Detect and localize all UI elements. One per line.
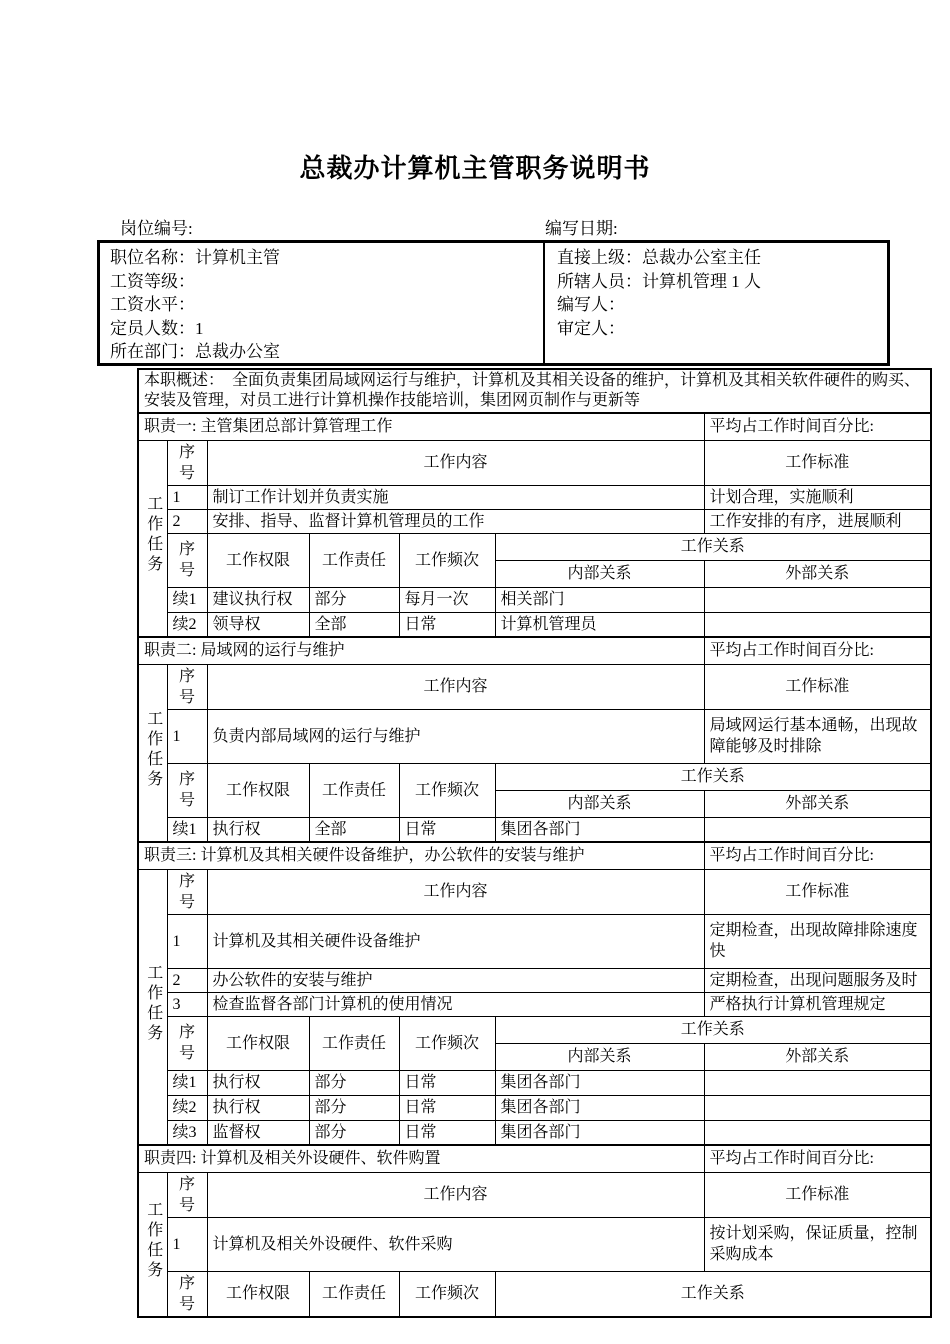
sec3-relation-row-2: 续2 执行权 部分 日常 集团各部门	[138, 1095, 931, 1120]
duty4-percent-label: 平均占工作时间百分比:	[704, 1145, 931, 1172]
seq-header: 序号	[167, 664, 207, 709]
content-cell: 检查监督各部门计算机的使用情况	[207, 992, 704, 1016]
write-date-label: 编写日期:	[545, 214, 618, 239]
seq-header: 序号	[167, 440, 207, 485]
sec4-content-row-1: 1 计算机及相关外设硬件、软件采购 按计划采购，保证质量，控制采购成本	[138, 1217, 931, 1271]
standard-header: 工作标准	[704, 664, 931, 709]
seq-cell: 2	[167, 968, 207, 992]
internal-relation-cell: 集团各部门	[495, 1120, 704, 1145]
headcount-line: 定员人数：1	[110, 317, 533, 341]
relation-header: 工作关系	[495, 1016, 931, 1043]
sec1-content-row-1: 1 制订工作计划并负责实施 计划合理，实施顺利	[138, 485, 931, 509]
external-relation-cell	[704, 1120, 931, 1145]
meta-row: 岗位编号: 编写日期:	[0, 214, 950, 238]
seq-header: 序号	[167, 1172, 207, 1217]
sec1-task-vertical-label: 工作任务	[138, 440, 167, 637]
responsibility-header: 工作责任	[309, 1271, 399, 1317]
frequency-header: 工作频次	[399, 1271, 495, 1317]
sec1-relation-row-1: 续1 建议执行权 部分 每月一次 相关部门	[138, 587, 931, 612]
post-code-label: 岗位编号:	[120, 214, 193, 239]
frequency-header: 工作频次	[399, 1016, 495, 1070]
frequency-cell: 日常	[399, 1070, 495, 1095]
task-label-text: 工作任务	[145, 1201, 161, 1281]
seq-cell: 续2	[167, 612, 207, 637]
external-relation-header: 外部关系	[704, 790, 931, 817]
responsibility-cell: 全部	[309, 817, 399, 842]
authority-cell: 执行权	[207, 817, 309, 842]
content-header: 工作内容	[207, 1172, 704, 1217]
sec3-content-row-3: 3 检查监督各部门计算机的使用情况 严格执行计算机管理规定	[138, 992, 931, 1016]
internal-relation-cell: 集团各部门	[495, 1070, 704, 1095]
content-cell: 制订工作计划并负责实施	[207, 485, 704, 509]
overview-cell: 本职概述： 全面负责集团局域网运行与维护，计算机及其相关设备的维护，计算机及其相…	[138, 369, 931, 413]
external-relation-header: 外部关系	[704, 560, 931, 587]
duty3-percent-label: 平均占工作时间百分比:	[704, 842, 931, 869]
standard-header: 工作标准	[704, 440, 931, 485]
duty4-title: 职责四: 计算机及相关外设硬件、软件购置	[138, 1145, 704, 1172]
overview-row: 本职概述： 全面负责集团局域网运行与维护，计算机及其相关设备的维护，计算机及其相…	[138, 369, 931, 413]
frequency-cell: 日常	[399, 1120, 495, 1145]
info-box-right: 直接上级：总裁办公室主任 所辖人员：计算机管理 1 人 编写人： 审定人：	[545, 243, 887, 363]
sec2-relation-header-top: 序号 工作权限 工作责任 工作频次 工作关系	[138, 763, 931, 790]
duty1-percent-label: 平均占工作时间百分比:	[704, 413, 931, 440]
seq-header: 序号	[167, 533, 207, 587]
standard-cell: 严格执行计算机管理规定	[704, 992, 931, 1016]
sec4-relation-header: 序号 工作权限 工作责任 工作频次 工作关系	[138, 1271, 931, 1317]
internal-relation-header: 内部关系	[495, 1043, 704, 1070]
frequency-header: 工作频次	[399, 763, 495, 817]
sec1-relation-row-2: 续2 领导权 全部 日常 计算机管理员	[138, 612, 931, 637]
sec3-relation-row-1: 续1 执行权 部分 日常 集团各部门	[138, 1070, 931, 1095]
authority-header: 工作权限	[207, 1016, 309, 1070]
standard-cell: 工作安排的有序，进展顺利	[704, 509, 931, 533]
authority-header: 工作权限	[207, 1271, 309, 1317]
relation-header: 工作关系	[495, 763, 931, 790]
sec3-relation-row-3: 续3 监督权 部分 日常 集团各部门	[138, 1120, 931, 1145]
subordinates-line: 所辖人员：计算机管理 1 人	[557, 270, 877, 294]
seq-cell: 2	[167, 509, 207, 533]
department-line: 所在部门：总裁办公室	[110, 340, 533, 364]
salary-level-line: 工资水平：	[110, 293, 533, 317]
standard-header: 工作标准	[704, 869, 931, 914]
internal-relation-cell: 计算机管理员	[495, 612, 704, 637]
sec3-content-row-2: 2 办公软件的安装与维护 定期检查，出现问题服务及时	[138, 968, 931, 992]
relation-header: 工作关系	[495, 1271, 931, 1317]
sec2-relation-row-1: 续1 执行权 全部 日常 集团各部门	[138, 817, 931, 842]
duty4-row: 职责四: 计算机及相关外设硬件、软件购置 平均占工作时间百分比:	[138, 1145, 931, 1172]
sec4-content-header: 工作任务 序号 工作内容 工作标准	[138, 1172, 931, 1217]
salary-grade-line: 工资等级：	[110, 270, 533, 294]
frequency-cell: 每月一次	[399, 587, 495, 612]
seq-cell: 1	[167, 914, 207, 968]
frequency-cell: 日常	[399, 612, 495, 637]
sec1-content-row-2: 2 安排、指导、监督计算机管理员的工作 工作安排的有序，进展顺利	[138, 509, 931, 533]
standard-header: 工作标准	[704, 1172, 931, 1217]
content-header: 工作内容	[207, 869, 704, 914]
author-line: 编写人：	[557, 293, 877, 317]
standard-cell: 按计划采购，保证质量，控制采购成本	[704, 1217, 931, 1271]
internal-relation-header: 内部关系	[495, 790, 704, 817]
seq-cell: 续2	[167, 1095, 207, 1120]
sec4-task-vertical-label: 工作任务	[138, 1172, 167, 1317]
sec1-relation-header-top: 序号 工作权限 工作责任 工作频次 工作关系	[138, 533, 931, 560]
frequency-cell: 日常	[399, 1095, 495, 1120]
seq-cell: 续1	[167, 1070, 207, 1095]
content-cell: 计算机及相关外设硬件、软件采购	[207, 1217, 704, 1271]
sec1-content-header: 工作任务 序号 工作内容 工作标准	[138, 440, 931, 485]
responsibility-cell: 部分	[309, 1120, 399, 1145]
content-header: 工作内容	[207, 440, 704, 485]
duty2-percent-label: 平均占工作时间百分比:	[704, 637, 931, 664]
responsibility-header: 工作责任	[309, 763, 399, 817]
external-relation-cell	[704, 587, 931, 612]
sec2-task-vertical-label: 工作任务	[138, 664, 167, 842]
internal-relation-cell: 集团各部门	[495, 1095, 704, 1120]
duty2-title: 职责二: 局域网的运行与维护	[138, 637, 704, 664]
duty2-row: 职责二: 局域网的运行与维护 平均占工作时间百分比:	[138, 637, 931, 664]
standard-cell: 定期检查，出现问题服务及时	[704, 968, 931, 992]
info-box-left: 职位名称：计算机主管 工资等级： 工资水平： 定员人数：1 所在部门：总裁办公室	[100, 243, 545, 363]
responsibility-cell: 部分	[309, 1070, 399, 1095]
external-relation-cell	[704, 817, 931, 842]
internal-relation-header: 内部关系	[495, 560, 704, 587]
authority-cell: 执行权	[207, 1095, 309, 1120]
authority-cell: 执行权	[207, 1070, 309, 1095]
external-relation-cell	[704, 1070, 931, 1095]
sec3-relation-header-top: 序号 工作权限 工作责任 工作频次 工作关系	[138, 1016, 931, 1043]
content-cell: 计算机及其相关硬件设备维护	[207, 914, 704, 968]
authority-header: 工作权限	[207, 763, 309, 817]
content-cell: 安排、指导、监督计算机管理员的工作	[207, 509, 704, 533]
direct-superior-line: 直接上级：总裁办公室主任	[557, 246, 877, 270]
internal-relation-cell: 相关部门	[495, 587, 704, 612]
seq-cell: 续1	[167, 587, 207, 612]
responsibility-header: 工作责任	[309, 1016, 399, 1070]
sec2-content-header: 工作任务 序号 工作内容 工作标准	[138, 664, 931, 709]
page-title: 总裁办计算机主管职务说明书	[0, 148, 950, 185]
sec2-content-row-1: 1 负责内部局域网的运行与维护 局域网运行基本通畅，出现故障能够及时排除	[138, 709, 931, 763]
standard-cell: 局域网运行基本通畅，出现故障能够及时排除	[704, 709, 931, 763]
duty3-title: 职责三: 计算机及其相关硬件设备维护，办公软件的安装与维护	[138, 842, 704, 869]
responsibility-cell: 部分	[309, 587, 399, 612]
position-name-line: 职位名称：计算机主管	[110, 246, 533, 270]
content-cell: 负责内部局域网的运行与维护	[207, 709, 704, 763]
duty3-row: 职责三: 计算机及其相关硬件设备维护，办公软件的安装与维护 平均占工作时间百分比…	[138, 842, 931, 869]
sec3-content-header: 工作任务 序号 工作内容 工作标准	[138, 869, 931, 914]
job-description-table: 本职概述： 全面负责集团局域网运行与维护，计算机及其相关设备的维护，计算机及其相…	[137, 368, 932, 1318]
authority-cell: 监督权	[207, 1120, 309, 1145]
authority-cell: 领导权	[207, 612, 309, 637]
info-box: 职位名称：计算机主管 工资等级： 工资水平： 定员人数：1 所在部门：总裁办公室…	[97, 240, 890, 366]
reviewer-line: 审定人：	[557, 317, 877, 341]
seq-cell: 3	[167, 992, 207, 1016]
task-label-text: 工作任务	[145, 964, 161, 1044]
frequency-header: 工作频次	[399, 533, 495, 587]
internal-relation-cell: 集团各部门	[495, 817, 704, 842]
seq-header: 序号	[167, 1016, 207, 1070]
relation-header: 工作关系	[495, 533, 931, 560]
external-relation-cell	[704, 612, 931, 637]
seq-cell: 1	[167, 709, 207, 763]
task-label-text: 工作任务	[145, 710, 161, 790]
responsibility-cell: 部分	[309, 1095, 399, 1120]
responsibility-header: 工作责任	[309, 533, 399, 587]
seq-cell: 1	[167, 1217, 207, 1271]
document-page: 总裁办计算机主管职务说明书 岗位编号: 编写日期: 职位名称：计算机主管 工资等…	[0, 0, 950, 1344]
content-cell: 办公软件的安装与维护	[207, 968, 704, 992]
external-relation-header: 外部关系	[704, 1043, 931, 1070]
sec3-task-vertical-label: 工作任务	[138, 869, 167, 1145]
seq-header: 序号	[167, 763, 207, 817]
sec3-content-row-1: 1 计算机及其相关硬件设备维护 定期检查，出现故障排除速度快	[138, 914, 931, 968]
seq-header: 序号	[167, 869, 207, 914]
seq-cell: 1	[167, 485, 207, 509]
seq-header: 序号	[167, 1271, 207, 1317]
seq-cell: 续3	[167, 1120, 207, 1145]
standard-cell: 定期检查，出现故障排除速度快	[704, 914, 931, 968]
standard-cell: 计划合理，实施顺利	[704, 485, 931, 509]
authority-header: 工作权限	[207, 533, 309, 587]
authority-cell: 建议执行权	[207, 587, 309, 612]
task-label-text: 工作任务	[145, 495, 161, 575]
content-header: 工作内容	[207, 664, 704, 709]
external-relation-cell	[704, 1095, 931, 1120]
responsibility-cell: 全部	[309, 612, 399, 637]
duty1-row: 职责一: 主管集团总部计算管理工作 平均占工作时间百分比:	[138, 413, 931, 440]
seq-cell: 续1	[167, 817, 207, 842]
duty1-title: 职责一: 主管集团总部计算管理工作	[138, 413, 704, 440]
frequency-cell: 日常	[399, 817, 495, 842]
